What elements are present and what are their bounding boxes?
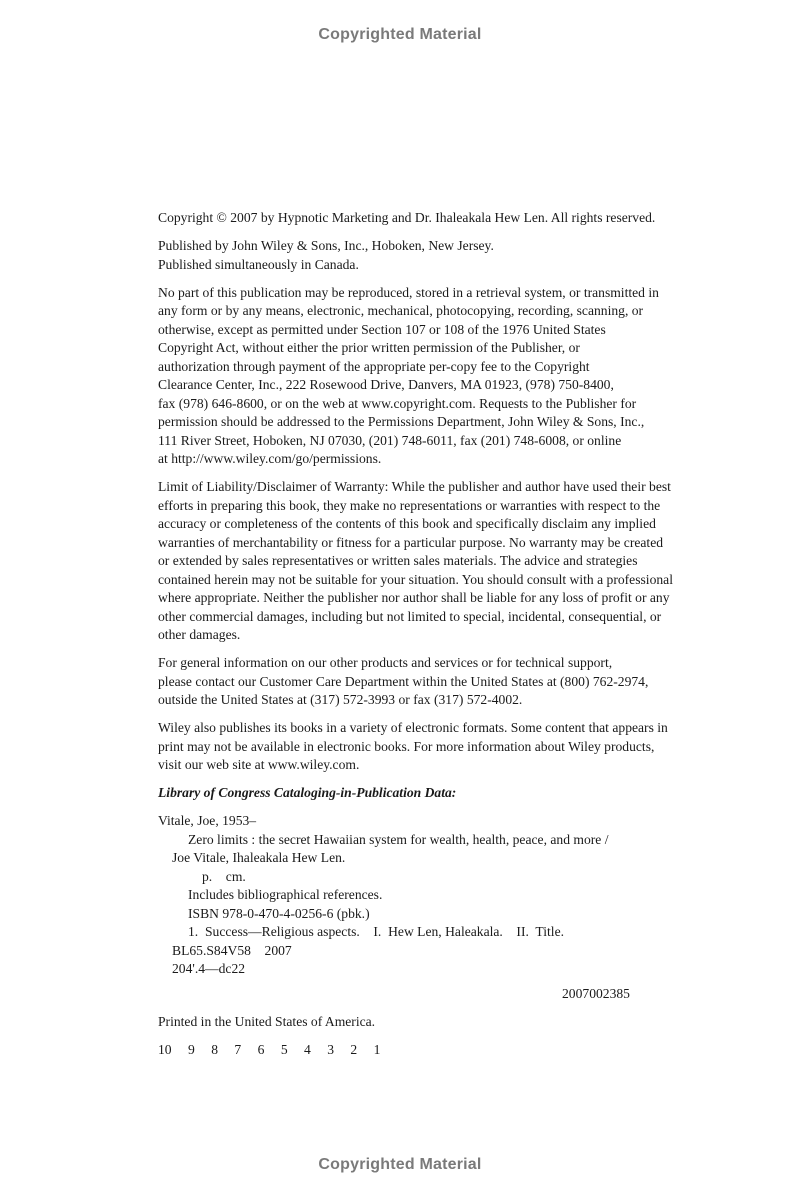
text-line: otherwise, except as permitted under Sec… xyxy=(158,321,718,340)
print-number: 8 xyxy=(211,1041,218,1060)
cip-heading: Library of Congress Cataloging-in-Public… xyxy=(158,784,718,803)
text-line: efforts in preparing this book, they mak… xyxy=(158,497,718,516)
text-line: permission should be addressed to the Pe… xyxy=(158,413,718,432)
watermark-top: Copyrighted Material xyxy=(0,26,800,44)
electronic-formats-info: Wiley also publishes its books in a vari… xyxy=(158,719,718,775)
print-number: 3 xyxy=(327,1041,334,1060)
print-number: 4 xyxy=(304,1041,311,1060)
text-line: accuracy or completeness of the contents… xyxy=(158,515,718,534)
cip-bibliography: Includes bibliographical references. xyxy=(158,886,718,905)
printer-key: 10 9 8 7 6 5 4 3 2 1 xyxy=(158,1041,718,1060)
publisher-info: Published by John Wiley & Sons, Inc., Ho… xyxy=(158,237,718,274)
print-number: 1 xyxy=(374,1041,381,1060)
support-info: For general information on our other pro… xyxy=(158,654,718,710)
print-number: 5 xyxy=(281,1041,288,1060)
print-number: 6 xyxy=(258,1041,265,1060)
print-number: 2 xyxy=(350,1041,357,1060)
cip-isbn: ISBN 978-0-470-4-0256-6 (pbk.) xyxy=(158,905,718,924)
text-line: or extended by sales representatives or … xyxy=(158,552,718,571)
cip-title: Zero limits : the secret Hawaiian system… xyxy=(158,831,718,850)
cip-dewey: 204'.4—dc22 xyxy=(158,960,718,979)
cip-lccn: 2007002385 xyxy=(158,985,718,1004)
publisher-line: Published by John Wiley & Sons, Inc., Ho… xyxy=(158,237,718,256)
text-line: fax (978) 646-8600, or on the web at www… xyxy=(158,395,718,414)
cip-author: Vitale, Joe, 1953– xyxy=(158,812,718,831)
print-number: 9 xyxy=(188,1041,195,1060)
printed-in: Printed in the United States of America. xyxy=(158,1013,718,1032)
text-line: 111 River Street, Hoboken, NJ 07030, (20… xyxy=(158,432,718,451)
cip-pages: p. cm. xyxy=(158,868,718,887)
text-line: Clearance Center, Inc., 222 Rosewood Dri… xyxy=(158,376,718,395)
text-line: No part of this publication may be repro… xyxy=(158,284,718,303)
text-line: contained herein may not be suitable for… xyxy=(158,571,718,590)
watermark-bottom: Copyrighted Material xyxy=(0,1156,800,1174)
publisher-line: Published simultaneously in Canada. xyxy=(158,256,718,275)
text-line: Copyright Act, without either the prior … xyxy=(158,339,718,358)
print-number: 10 xyxy=(158,1041,172,1060)
text-line: authorization through payment of the app… xyxy=(158,358,718,377)
cip-record: Vitale, Joe, 1953– Zero limits : the sec… xyxy=(158,812,718,1003)
text-line: visit our web site at www.wiley.com. xyxy=(158,756,718,775)
print-number: 7 xyxy=(234,1041,241,1060)
copyright-page: Copyright © 2007 by Hypnotic Marketing a… xyxy=(158,209,718,1059)
text-line: Limit of Liability/Disclaimer of Warrant… xyxy=(158,478,718,497)
text-line: outside the United States at (317) 572-3… xyxy=(158,691,718,710)
text-line: where appropriate. Neither the publisher… xyxy=(158,589,718,608)
reproduction-notice: No part of this publication may be repro… xyxy=(158,284,718,469)
liability-disclaimer: Limit of Liability/Disclaimer of Warrant… xyxy=(158,478,718,645)
text-line: warranties of merchantability or fitness… xyxy=(158,534,718,553)
cip-lc-class: BL65.S84V58 2007 xyxy=(158,942,718,961)
text-line: other damages. xyxy=(158,626,718,645)
cip-subjects: 1. Success—Religious aspects. I. Hew Len… xyxy=(158,923,718,942)
cip-title-cont: Joe Vitale, Ihaleakala Hew Len. xyxy=(158,849,718,868)
text-line: at http://www.wiley.com/go/permissions. xyxy=(158,450,718,469)
text-line: any form or by any means, electronic, me… xyxy=(158,302,718,321)
text-line: Wiley also publishes its books in a vari… xyxy=(158,719,718,738)
copyright-notice: Copyright © 2007 by Hypnotic Marketing a… xyxy=(158,209,718,228)
text-line: please contact our Customer Care Departm… xyxy=(158,673,718,692)
text-line: print may not be available in electronic… xyxy=(158,738,718,757)
text-line: For general information on our other pro… xyxy=(158,654,718,673)
text-line: other commercial damages, including but … xyxy=(158,608,718,627)
